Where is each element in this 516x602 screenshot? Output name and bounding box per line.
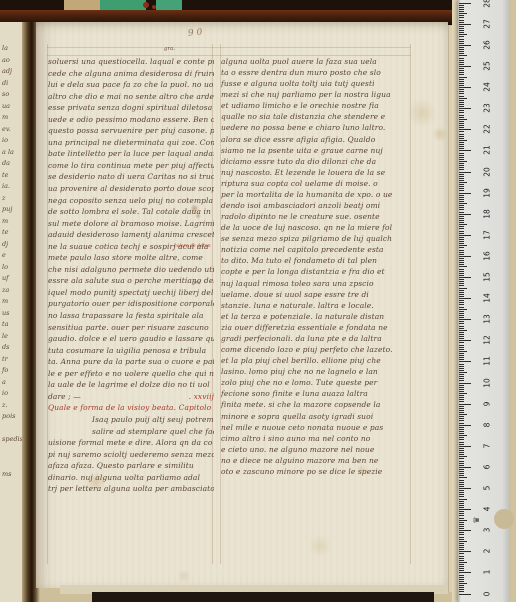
ink-stain (195, 213, 201, 219)
manuscript-line: purgatorio ouer per idispositione corpor… (48, 298, 214, 310)
ruler-number: 28 (483, 0, 492, 10)
margin-fragment: e (2, 250, 22, 262)
ruler-tick (459, 169, 464, 170)
manuscript-line: altro che dio e mai no sente altro che a… (48, 91, 214, 103)
ruler-tick (459, 58, 464, 59)
margin-fragment: tr (2, 354, 22, 366)
ruler-tick (459, 583, 467, 584)
manuscript-line: no lassa trapassare la festa spiritale a… (48, 310, 214, 322)
ruler-tick (459, 304, 464, 305)
ruler-tick (459, 235, 471, 236)
ruler-tick (459, 233, 464, 234)
ruler-tick (459, 581, 464, 582)
stain (408, 98, 436, 128)
ruler-tick (459, 243, 464, 244)
ruler-tick (459, 140, 467, 141)
ruler-tick (459, 146, 464, 147)
ruler-number: 9 (483, 397, 492, 411)
ruler-tick (459, 262, 464, 263)
ruler-tick (459, 572, 471, 573)
manuscript-line: Quale e forma de la visioy beata. Capito… (48, 402, 214, 414)
ruler-tick (459, 589, 464, 590)
ruler-tick (459, 237, 464, 238)
margin-fragment (2, 423, 22, 435)
ruler-tick (459, 458, 464, 459)
manuscript-line: dare ; —. xxviij (48, 391, 214, 403)
manuscript-line: zia ouer differetzia essentiale e fondat… (221, 322, 413, 333)
margin-fragment: lo (2, 262, 22, 274)
ruler-tick (459, 302, 464, 303)
interlinear-gloss: gra (192, 280, 201, 286)
ruler-tick (459, 499, 467, 500)
ruler-tick (459, 530, 471, 531)
ruler-tick (459, 315, 464, 316)
ruler-tick (459, 34, 467, 35)
ruler-tick (459, 490, 464, 491)
manuscript-line: et la pla piuj chel berillo. ellione piu… (221, 355, 413, 366)
ruler-tick (459, 112, 464, 113)
ruler-tick (459, 372, 467, 373)
ruler-tick (459, 294, 464, 295)
ruler-tick (459, 209, 464, 210)
ruler-tick (459, 334, 464, 335)
ruler-tick (459, 228, 464, 229)
ruler-tick (459, 245, 467, 246)
manuscript-line: fusse e alguna uolta toltj uia tutj ques… (221, 78, 413, 89)
ruler-tick (459, 532, 464, 533)
ruler-tick (459, 562, 467, 563)
ruler-tick (459, 157, 464, 158)
ruler-tick (459, 24, 471, 25)
manuscript-line: nuj laqual rimosa toleo sara una zpscio (221, 278, 413, 289)
ruler-tick (459, 199, 464, 200)
ruler-tick (459, 556, 464, 557)
ruler-tick (459, 332, 464, 333)
ruler-tick (459, 547, 464, 548)
margin-fragment: te (2, 170, 22, 182)
ruler-tick (459, 480, 464, 481)
margin-fragment: ua (2, 101, 22, 113)
ruler-tick (459, 374, 464, 375)
ruler-tick (459, 446, 471, 447)
ruler-number: 22 (483, 122, 492, 136)
ruler-tick (459, 15, 464, 16)
ruler-tick (459, 467, 471, 468)
ruler-tick (459, 433, 464, 434)
ruler-tick (459, 492, 464, 493)
ruler-tick (459, 395, 464, 396)
ruler-tick (459, 380, 464, 381)
ruler-tick (459, 108, 471, 109)
ruler-tick (459, 551, 471, 552)
ruler-tick (459, 393, 467, 394)
ruler-number: 4 (483, 502, 492, 516)
ruler-tick (459, 361, 471, 362)
ruler-tick (459, 587, 464, 588)
ruler-tick (459, 313, 464, 314)
ruler-tick (459, 87, 471, 88)
text-column-left: soluersi una questiocella. laqual e cont… (48, 56, 214, 495)
margin-fragment: ta (2, 319, 22, 331)
ruler-tick (459, 39, 464, 40)
text-column-right: alguna uolta puol auere la faza sua uela… (221, 56, 413, 477)
manuscript-line: dinario. nuj alguna uolta parliamo adal (48, 472, 214, 484)
manuscript-line: uedere no possa bene e chiaro luno laltr… (221, 122, 413, 133)
ruler-tick (459, 575, 464, 576)
ruler-tick (459, 568, 464, 569)
ruler-tick (459, 326, 464, 327)
manuscript-line: ne la suaue cotica techj e sospirj acui … (48, 241, 214, 253)
ruler-tick (459, 475, 464, 476)
ruler-tick (459, 450, 464, 451)
ruler-tick (459, 539, 464, 540)
ruler-tick (459, 64, 464, 65)
ruler-tick (459, 22, 464, 23)
ruler-tick (459, 401, 464, 402)
manuscript-line: minore e sopra quella asoty igradi suoi (221, 411, 413, 422)
margin-fragment: ev. (2, 124, 22, 136)
ruler-number: 27 (483, 17, 492, 31)
ruler-number: 23 (483, 101, 492, 115)
ruler-tick (459, 579, 464, 580)
margin-fragment: uf (2, 273, 22, 285)
margin-fragment: fo (2, 365, 22, 377)
ruler-tick (459, 205, 464, 206)
manuscript-line: se desiderio nato di uera Caritas no si … (48, 171, 214, 183)
ruler-tick (459, 353, 464, 354)
ruler-tick (459, 3, 471, 4)
ruler-tick (459, 9, 464, 10)
ruler-tick (459, 176, 464, 177)
manuscript-line: sul mete dolore al bramoso moise. Lagrim… (48, 218, 214, 230)
ruler-tick (459, 91, 464, 92)
manuscript-line: pi nuj saremo scioltj uederemo senza mez… (48, 449, 214, 461)
stain (308, 534, 332, 558)
ruler-tick (459, 351, 467, 352)
ruler-tick (459, 594, 471, 595)
margin-fragment: a la (2, 147, 22, 159)
ruler-tick (459, 55, 467, 56)
manuscript-line: Isaq paulo puij altj seuj potremo (48, 414, 214, 426)
ruler-number: 1 (483, 565, 492, 579)
ruler-tick (459, 511, 464, 512)
ruler-tick (459, 378, 464, 379)
ruler-tick (459, 273, 464, 274)
ruler-tick (459, 96, 464, 97)
ruling-line (220, 44, 221, 564)
ruler-tick (459, 47, 464, 48)
ruler-tick (459, 397, 464, 398)
ruler-tick (459, 41, 464, 42)
stain (356, 464, 368, 476)
margin-fragment: ia. (2, 181, 22, 193)
ruler-tick (459, 349, 464, 350)
ruler-tick (459, 275, 464, 276)
ruler-tick (459, 13, 467, 14)
manuscript-line: de la uoce de luj nascoso. qn ne la mier… (221, 222, 413, 233)
manuscript-line: cimo altro i sino auno ma nel conto no (221, 433, 413, 444)
manuscript-line: bate lintelletto per la luce per laqual … (48, 148, 214, 160)
manuscript-line: esse privata senza dogni spiritual dilet… (48, 102, 214, 114)
manuscript-line: che nisi adalguno permete dio uedendo ut… (48, 264, 214, 276)
ruler-tick (459, 123, 464, 124)
margin-fragment: us (2, 308, 22, 320)
ruler-tick (459, 414, 467, 415)
ruler-tick (459, 328, 464, 329)
manuscript-line: notizia come nel capitolo precedente est… (221, 244, 413, 255)
ruler-tick (459, 252, 464, 253)
ruler-tick (459, 391, 464, 392)
ruler-tick (459, 212, 464, 213)
margin-fragment: la (2, 43, 22, 55)
margin-fragment: dj (2, 239, 22, 251)
ruler-tick (459, 296, 464, 297)
ruler-number: 2 (483, 544, 492, 558)
ruler-tick (459, 70, 464, 71)
ruler-number: 18 (483, 207, 492, 221)
ruler-tick (459, 471, 464, 472)
ruler-tick (459, 180, 464, 181)
ruler-tick (459, 558, 464, 559)
ruler-tick (459, 370, 464, 371)
manuscript-line: mezi si che nuj parliamo per la nostra l… (221, 89, 413, 100)
margin-fragment: di (2, 78, 22, 90)
ruler-tick (459, 153, 464, 154)
ruler-tick (459, 465, 464, 466)
manuscript-line: ua provenire al desiderato porto doue sc… (48, 183, 214, 195)
ruler-tick (459, 250, 464, 251)
ruler-tick (459, 182, 467, 183)
ruler-tick (459, 203, 467, 204)
margin-fragment: ao (2, 55, 22, 67)
margin-fragment: m (2, 296, 22, 308)
ruler-tick (459, 260, 464, 261)
ruler-tick (459, 85, 464, 86)
ruler-tick (459, 53, 464, 54)
ruler-tick (459, 564, 464, 565)
ruler-tick (459, 359, 464, 360)
manuscript-line: fecione sono finite e luna auaza laltra (221, 388, 413, 399)
ruler-tick (459, 507, 464, 508)
ruler-tick (459, 224, 467, 225)
manuscript-line: e cieto uno. ne alguno mazore nel noue (221, 444, 413, 455)
ruler-tick (459, 226, 464, 227)
red-wax-dot (152, 5, 156, 9)
margin-fragment: za (2, 285, 22, 297)
manuscript-line: to dito. Ma tuto el fondameto di tal ple… (221, 255, 413, 266)
ruler-number: 7 (483, 439, 492, 453)
manuscript-line: adauid desideroso lamentj alanima cresce… (48, 229, 214, 241)
ruler-tick (459, 577, 464, 578)
ruler-tick (459, 482, 464, 483)
ruler-tick (459, 345, 464, 346)
ruler-tick (459, 585, 464, 586)
ruler-number: 26 (483, 38, 492, 52)
ruler-tick (459, 89, 464, 90)
ruler-tick (459, 566, 464, 567)
ruler-tick (459, 190, 464, 191)
ruler-tick (459, 239, 464, 240)
manuscript-line: oto e zascuno minore po se dice le spezi… (221, 466, 413, 477)
ruler-tick (459, 364, 464, 365)
ruler-tick (459, 509, 471, 510)
margin-fragment: m (2, 216, 22, 228)
ruler-tick (459, 423, 464, 424)
ruler-tick (459, 93, 464, 94)
ruler-tick (459, 560, 464, 561)
ruler-tick (459, 207, 464, 208)
ink-stain (190, 204, 199, 213)
ruler-tick (459, 127, 464, 128)
manuscript-line: qualle no sia tale distanzia che stender… (221, 111, 413, 122)
ruler-tick (459, 100, 464, 101)
ruler-tick (459, 26, 464, 27)
ruler-tick (459, 36, 464, 37)
ruler-tick (459, 72, 464, 73)
ruler-tick (459, 222, 464, 223)
ruler-tick (459, 163, 464, 164)
ruler-tick (459, 444, 464, 445)
ruler-tick (459, 389, 464, 390)
ruler-tick (459, 543, 464, 544)
ruler-tick (459, 155, 464, 156)
ruler-tick (459, 269, 464, 270)
ruler-tick (459, 505, 464, 506)
manuscript-line: se senza mezo spiza pilgriamo de luj qua… (221, 233, 413, 244)
manuscript-line: sensitiua parte. ouer per risuare zascun… (48, 322, 214, 334)
stain (86, 472, 106, 492)
ruler-tick (459, 186, 464, 187)
ruler-tick (459, 461, 464, 462)
ruler-tick (459, 342, 464, 343)
ruler-tick (459, 81, 464, 82)
ruler-tick (459, 188, 464, 189)
chapter-number-red: . xxviij (189, 391, 214, 403)
manuscript-line: salire ad stemplare quel che facial (48, 426, 214, 438)
ruler-tick (459, 522, 464, 523)
ruler-tick (459, 501, 464, 502)
ruler-tick (459, 307, 464, 308)
ruler-tick (459, 62, 464, 63)
ruler-tick (459, 545, 464, 546)
manuscript-line: per la mortalita de la humanita de xpo. … (221, 189, 413, 200)
ruler-tick (459, 317, 464, 318)
margin-fragment: spedis. (2, 434, 22, 446)
ruler-tick (459, 193, 471, 194)
ruler-tick (459, 277, 471, 278)
ruler-tick (459, 442, 464, 443)
manuscript-line: diciamo essre tuto da dio dilonzi che da (221, 156, 413, 167)
ruler-tick (459, 452, 464, 453)
ruler-tick (459, 448, 464, 449)
ruler-tick (459, 83, 464, 84)
margin-fragment (2, 457, 22, 469)
ruler-tick (459, 486, 464, 487)
margin-fragment: z (2, 193, 22, 205)
ruler-tick (459, 125, 464, 126)
ruler-tick (459, 338, 464, 339)
ruler-tick (459, 197, 464, 198)
ruler-tick (459, 28, 464, 29)
card-notch (494, 509, 514, 529)
manuscript-line: radolo dipinto ne le creature sue. osent… (221, 211, 413, 222)
manuscript-line: uede e odio pessimo modano essere. Ben c… (48, 114, 214, 126)
ruler-tick (459, 376, 464, 377)
ruler-number: 3 (483, 523, 492, 537)
ruler-tick (459, 281, 464, 282)
ruler-tick (459, 431, 464, 432)
margin-fragment: pois (2, 411, 22, 423)
ruler-tick (459, 537, 464, 538)
ruler-tick (459, 463, 464, 464)
ruler-tick (459, 254, 464, 255)
ruler-tick (459, 20, 464, 21)
ruler-tick (459, 553, 464, 554)
ruler-tick (459, 159, 464, 160)
ruler-tick (459, 77, 467, 78)
ruler-tick (459, 290, 464, 291)
ruler-tick (459, 473, 464, 474)
ruler-tick (459, 231, 464, 232)
ruler-tick (459, 106, 464, 107)
manuscript-line: ta. Anna pure da la parte sua o cuore e … (48, 356, 214, 368)
ruler-tick (459, 503, 464, 504)
ruler-tick (459, 214, 471, 215)
manuscript-line: le e per effeto e no uolere quello che q… (48, 368, 214, 380)
manuscript-line: no e diece ne alguino mazore ma ben ne (221, 455, 413, 466)
ruler-tick (459, 165, 464, 166)
ruler-number: 10 (483, 376, 492, 390)
ruler-tick (459, 256, 471, 257)
ruler-tick (459, 172, 471, 173)
margin-fragment: io (2, 135, 22, 147)
manuscript-line: ta o essre dentra dun muro posto che slo (221, 67, 413, 78)
ruler-number: 12 (483, 333, 492, 347)
manuscript-line: nuj nascosto. Et lezende le louera de la… (221, 167, 413, 178)
ruler-tick (459, 528, 464, 529)
ruler-tick (459, 138, 464, 139)
ruler-tick (459, 144, 464, 145)
ruler-tick (459, 408, 464, 409)
margin-fragment: io (2, 388, 22, 400)
ruler-tick (459, 167, 464, 168)
manuscript-line: siamo ne la psente uita e graue carne nu… (221, 145, 413, 156)
ruler-tick (459, 420, 464, 421)
manuscript-line: alora se dice essre afigia afigia. Quald… (221, 134, 413, 145)
manuscript-line: alguna uolta puol auere la faza sua uela (221, 56, 413, 67)
ruler-tick (459, 404, 471, 405)
ruler-tick (459, 336, 464, 337)
ruler-tick (459, 454, 464, 455)
manuscript-line: mete paulo laso store molte altre, come (48, 252, 214, 264)
ruler-tick (459, 241, 464, 242)
ruler-tick (459, 5, 464, 6)
ruler-tick (459, 410, 464, 411)
manuscript-line: de sotto lombra el sole. Tal cotale daua… (48, 206, 214, 218)
manuscript-line: soluersi una questiocella. laqual e cont… (48, 56, 214, 68)
ruler-tick (459, 311, 464, 312)
ruler-tick (459, 366, 464, 367)
ruler-tick (459, 119, 467, 120)
ruler-tick (459, 266, 467, 267)
ruler-number: 6 (483, 460, 492, 474)
manuscript-page: 90 soluersi una questiocella. laqual e c… (36, 22, 448, 588)
ruler-tick (459, 406, 464, 407)
ruling-line (47, 55, 411, 56)
ruler-number: 0 (483, 587, 492, 601)
ruler-tick (459, 347, 464, 348)
ruler-tick (459, 494, 464, 495)
